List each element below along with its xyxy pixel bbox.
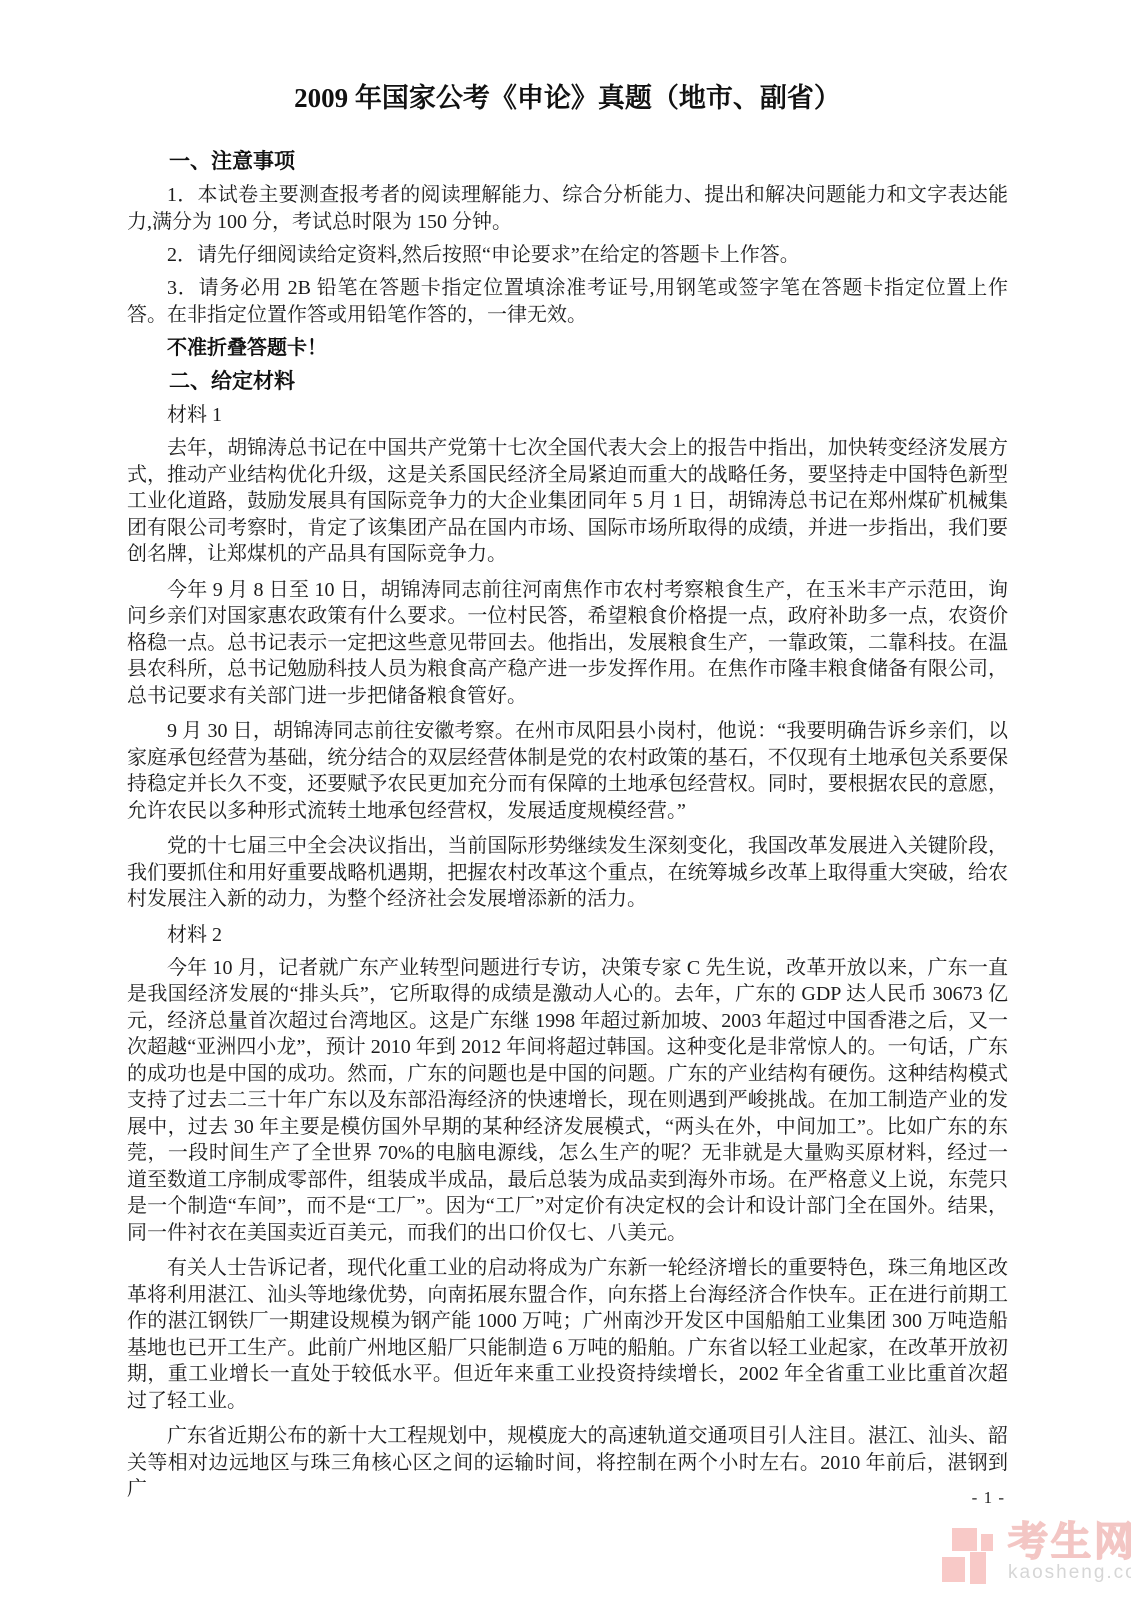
document-content: 2009 年国家公考《申论》真题（地市、副省） 一、注意事项 1．本试卷主要测查… [127,80,1008,1512]
material-2-paragraph-2: 有关人士告诉记者，现代化重工业的启动将成为广东新一轮经济增长的重要特色，珠三角地… [127,1255,1008,1414]
watermark-site-name: 考生网 [1008,1522,1131,1562]
material-1-paragraph-1: 去年，胡锦涛总书记在中国共产党第十七次全国代表大会上的报告中指出，加快转变经济发… [127,435,1008,568]
logo-block-4 [970,1552,986,1584]
kaosheng-logo-icon [942,1522,1000,1586]
material-2-paragraph-1: 今年 10 月，记者就广东产业转型问题进行专访，决策专家 C 先生说，改革开放以… [127,955,1008,1247]
page-title: 2009 年国家公考《申论》真题（地市、副省） [127,80,1008,116]
logo-block-2 [981,1534,993,1551]
material-1-paragraph-2: 今年 9 月 8 日至 10 日，胡锦涛同志前往河南焦作市农村考察粮食生产，在玉… [127,577,1008,710]
material-2-label: 材料 2 [127,922,1008,949]
kaosheng-watermark: 考生网 kaosheng.com [942,1522,1131,1586]
document-page: 2009 年国家公考《申论》真题（地市、副省） 一、注意事项 1．本试卷主要测查… [0,0,1131,1600]
logo-block-1 [952,1528,977,1551]
watermark-site-url: kaosheng.com [1008,1563,1131,1583]
material-1-paragraph-3: 9 月 30 日，胡锦涛同志前往安徽考察。在州市凤阳县小岗村，他说：“我要明确告… [127,718,1008,824]
warning-text: 不准折叠答题卡！ [127,335,1008,362]
section-heading-materials: 二、给定材料 [127,368,1008,395]
logo-block-3 [942,1557,965,1582]
notice-item-3: 3．请务必用 2B 铅笔在答题卡指定位置填涂准考证号,用钢笔或签字笔在答题卡指定… [127,275,1008,329]
section-heading-notice: 一、注意事项 [127,148,1008,175]
page-number: - 1 - [972,1488,1005,1508]
notice-item-2: 2．请先仔细阅读给定资料,然后按照“申论要求”在给定的答题卡上作答。 [127,242,1008,269]
watermark-text: 考生网 kaosheng.com [1008,1522,1131,1583]
material-1-label: 材料 1 [127,402,1008,429]
material-2-paragraph-3: 广东省近期公布的新十大工程规划中，规模庞大的高速轨道交通项目引人注目。湛江、汕头… [127,1423,1008,1503]
material-1-paragraph-4: 党的十七届三中全会决议指出，当前国际形势继续发生深刻变化，我国改革发展进入关键阶… [127,833,1008,913]
notice-item-1: 1．本试卷主要测查报考者的阅读理解能力、综合分析能力、提出和解决问题能力和文字表… [127,182,1008,236]
